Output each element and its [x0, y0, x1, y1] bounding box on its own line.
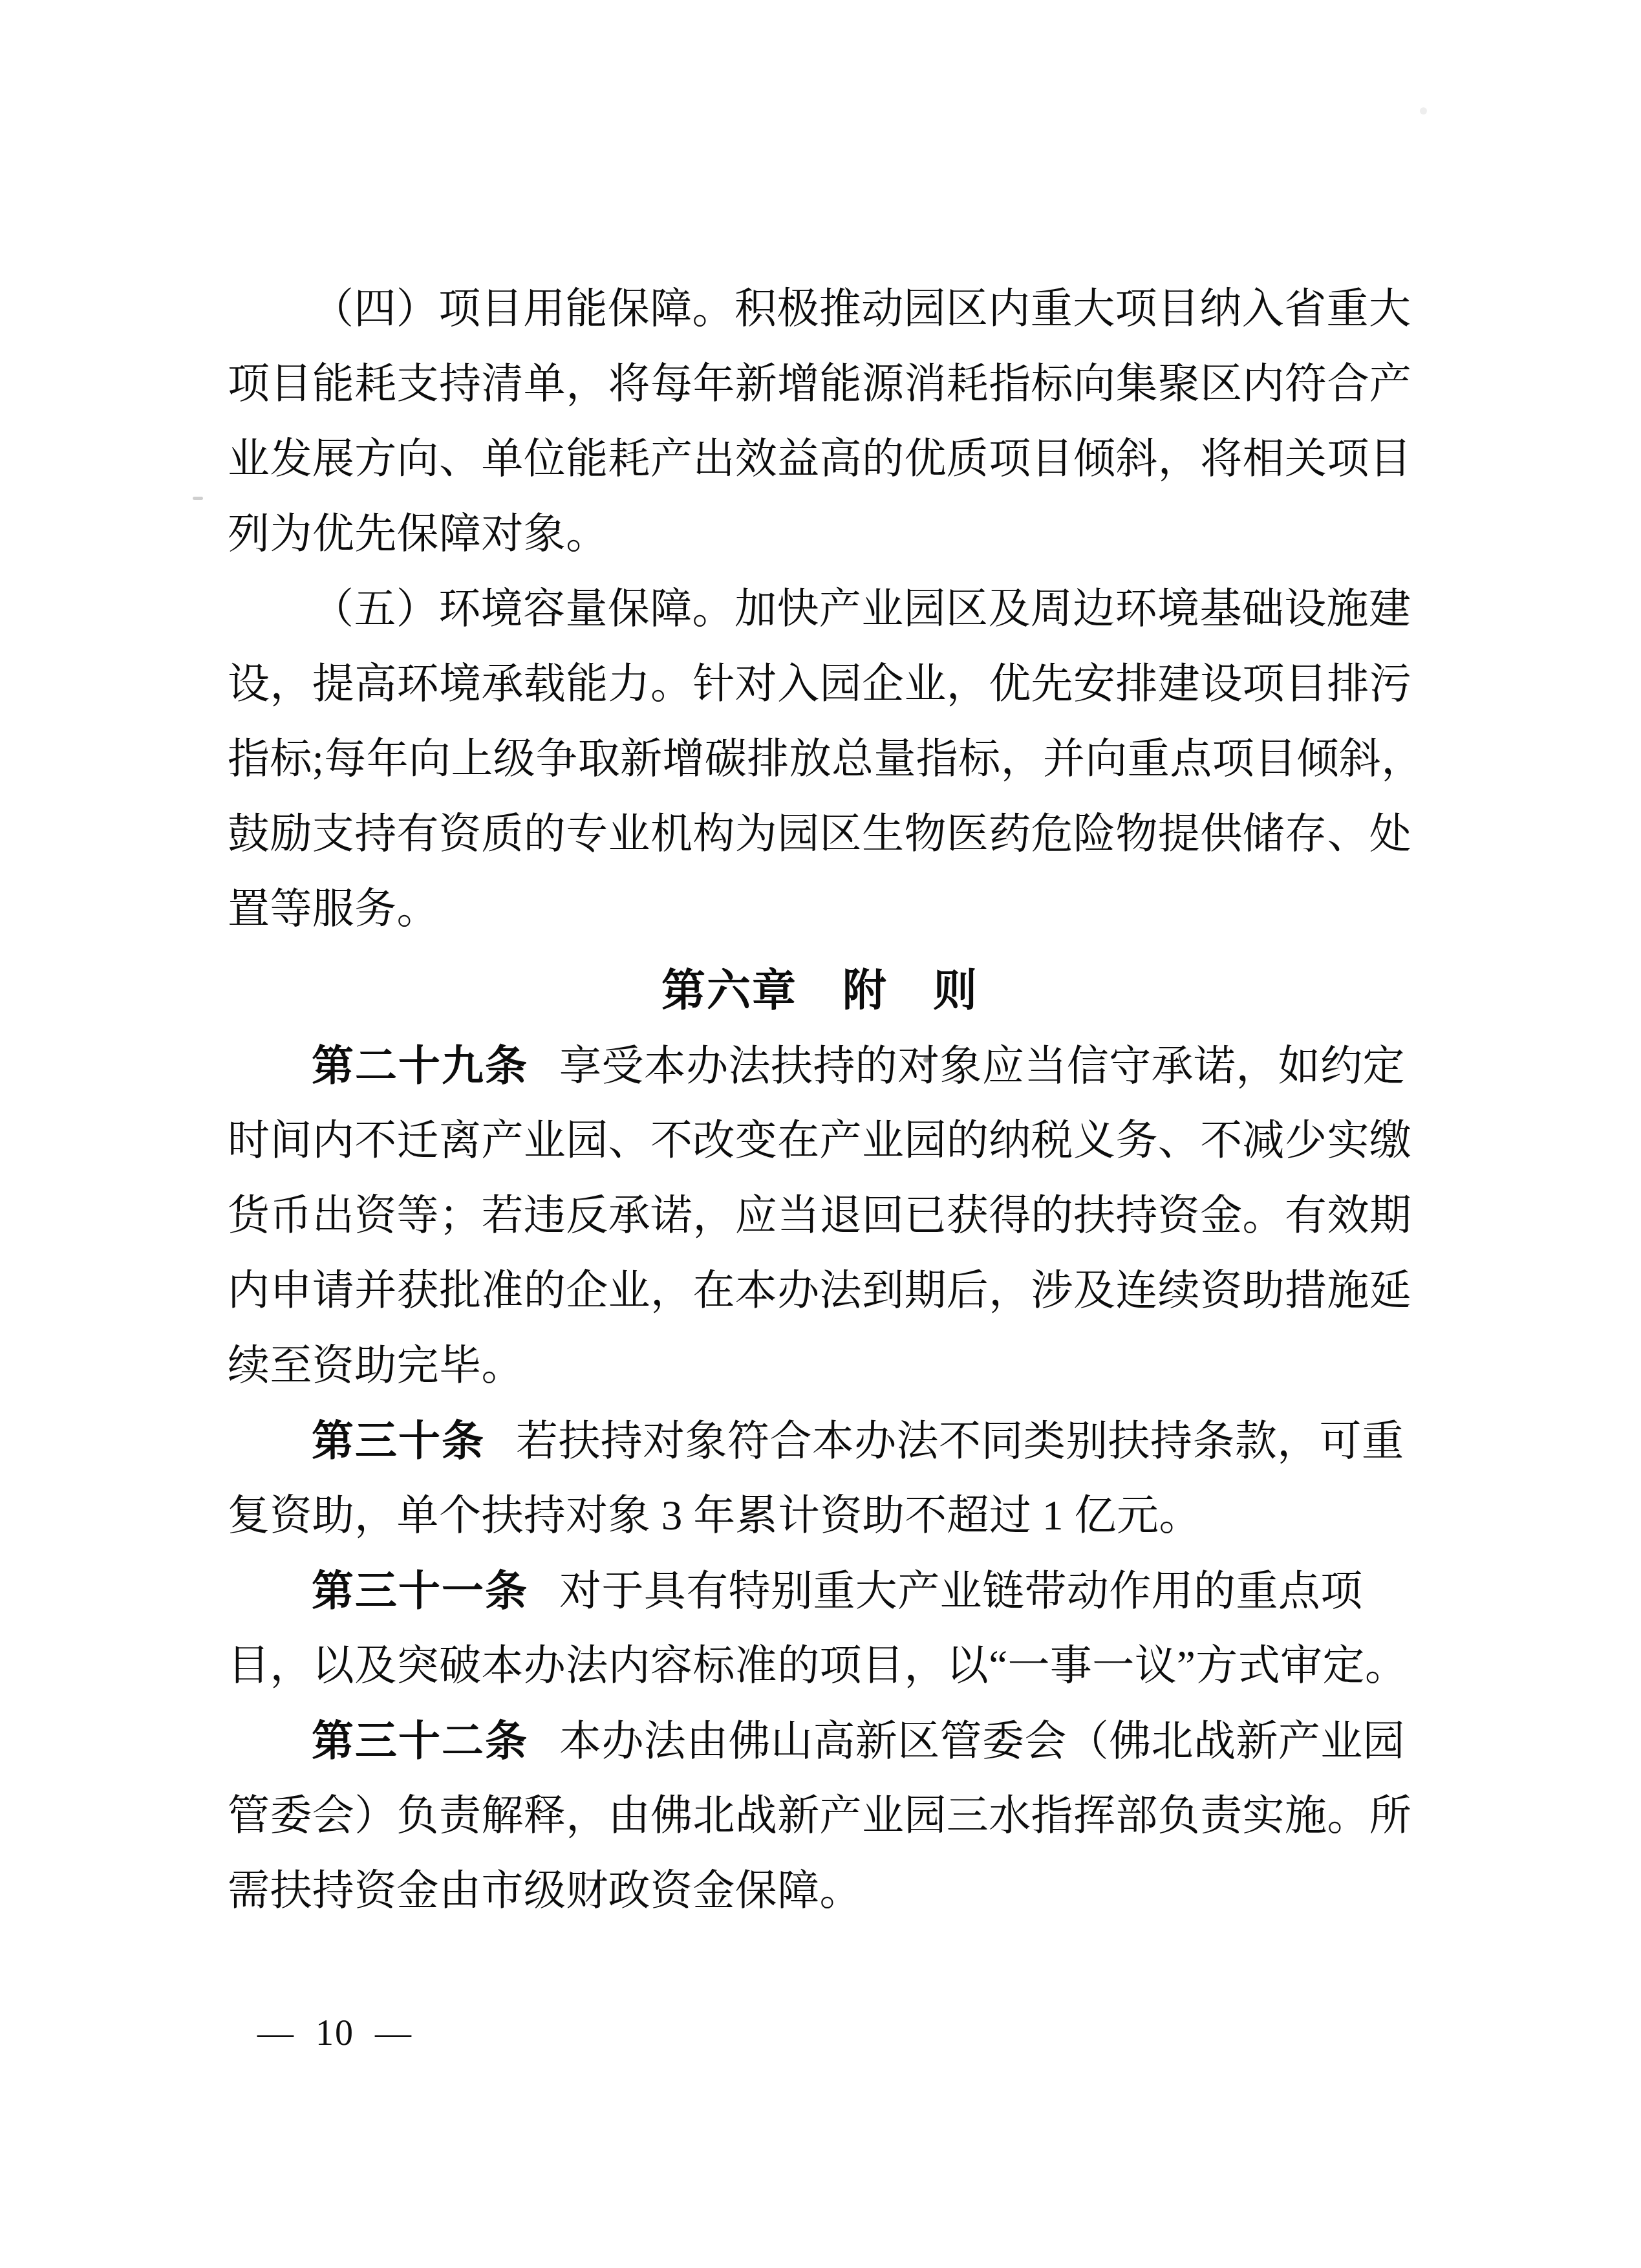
document-body: （四）项目用能保障。积极推动园区内重大项目纳入省重大 项目能耗支持清单，将每年新… — [228, 272, 1412, 1928]
paragraph-item-5: （五）环境容量保障。加快产业园区及周边环境基础设施建 设，提高环境承载能力。针对… — [228, 572, 1412, 947]
document-page: （四）项目用能保障。积极推动园区内重大项目纳入省重大 项目能耗支持清单，将每年新… — [0, 0, 1641, 2268]
article-number-label: 第三十一条 — [312, 1567, 528, 1614]
text-line-segment: 若扶持对象符合本办法不同类别扶持条款，可重 — [516, 1418, 1404, 1465]
text-line-segment: 对于具有特别重大产业链带动作用的重点项 — [559, 1568, 1363, 1615]
text-line: （五）环境容量保障。加快产业园区及周边环境基础设施建 — [228, 572, 1412, 647]
article-number-label: 第三十二条 — [312, 1717, 528, 1764]
text-line: 内申请并获批准的企业，在本办法到期后，涉及连续资助措施延 — [228, 1253, 1412, 1328]
text-line-segment: 享受本办法扶持的对象应当信守承诺，如约定 — [559, 1043, 1405, 1090]
text-line: 第三十条若扶持对象符合本办法不同类别扶持条款，可重 — [228, 1403, 1412, 1478]
article-number-label: 第二十九条 — [312, 1042, 528, 1089]
text-line: 复资助，单个扶持对象 3 年累计资助不超过 1 亿元。 — [228, 1478, 1412, 1553]
article-31: 第三十一条对于具有特别重大产业链带动作用的重点项 目，以及突破本办法内容标准的项… — [228, 1553, 1412, 1703]
article-32: 第三十二条本办法由佛山高新区管委会（佛北战新产业园 管委会）负责解释，由佛北战新… — [228, 1703, 1412, 1928]
page-number: — 10 — — [257, 2013, 413, 2054]
text-line: 指标;每年向上级争取新增碳排放总量指标，并向重点项目倾斜， — [228, 722, 1412, 797]
text-line: 第三十一条对于具有特别重大产业链带动作用的重点项 — [228, 1553, 1412, 1628]
article-number-label: 第三十条 — [312, 1417, 485, 1464]
text-line: 货币出资等；若违反承诺，应当退回已获得的扶持资金。有效期 — [228, 1178, 1412, 1253]
scan-speck — [193, 497, 203, 500]
paragraph-item-4: （四）项目用能保障。积极推动园区内重大项目纳入省重大 项目能耗支持清单，将每年新… — [228, 272, 1412, 572]
text-line: 管委会）负责解释，由佛北战新产业园三水指挥部负责实施。所 — [228, 1778, 1412, 1853]
text-line: 鼓励支持有资质的专业机构为园区生物医药危险物提供储存、处 — [228, 797, 1412, 872]
text-line: 目，以及突破本办法内容标准的项目，以“一事一议”方式审定。 — [228, 1628, 1412, 1703]
chapter-heading: 第六章 附 则 — [228, 953, 1412, 1028]
text-line-segment: 本办法由佛山高新区管委会（佛北战新产业园 — [559, 1718, 1405, 1765]
article-30: 第三十条若扶持对象符合本办法不同类别扶持条款，可重 复资助，单个扶持对象 3 年… — [228, 1403, 1412, 1553]
text-line: （四）项目用能保障。积极推动园区内重大项目纳入省重大 — [228, 272, 1412, 347]
text-line: 时间内不迁离产业园、不改变在产业园的纳税义务、不减少实缴 — [228, 1103, 1412, 1178]
text-line: 项目能耗支持清单，将每年新增能源消耗指标向集聚区内符合产 — [228, 347, 1412, 422]
text-line: 列为优先保障对象。 — [228, 497, 1412, 572]
text-line: 需扶持资金由市级财政资金保障。 — [228, 1853, 1412, 1928]
scan-speck — [1420, 107, 1427, 114]
text-line: 第二十九条享受本办法扶持的对象应当信守承诺，如约定 — [228, 1028, 1412, 1103]
text-line: 置等服务。 — [228, 872, 1412, 947]
text-line: 业发展方向、单位能耗产出效益高的优质项目倾斜，将相关项目 — [228, 422, 1412, 497]
scan-speck — [923, 1057, 929, 1063]
text-line: 续至资助完毕。 — [228, 1328, 1412, 1403]
text-line: 设，提高环境承载能力。针对入园企业，优先安排建设项目排污 — [228, 647, 1412, 722]
article-29: 第二十九条享受本办法扶持的对象应当信守承诺，如约定 时间内不迁离产业园、不改变在… — [228, 1028, 1412, 1403]
text-line: 第三十二条本办法由佛山高新区管委会（佛北战新产业园 — [228, 1703, 1412, 1778]
